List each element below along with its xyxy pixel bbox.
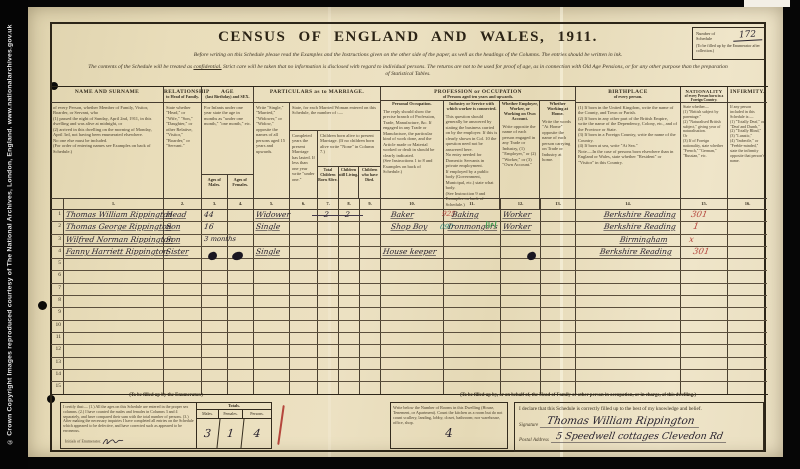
females-label: Females. (219, 410, 243, 419)
column-number: 16. (728, 199, 767, 209)
empty-cell (254, 345, 290, 356)
entry-marital: Widower (255, 210, 290, 219)
empty-cell (228, 296, 254, 307)
empty-cell (202, 308, 228, 319)
empty-cell (290, 284, 318, 295)
empty-cell (541, 271, 576, 282)
col-nationality-title: NATIONALITYof every Person born in a For… (681, 87, 727, 103)
empty-cell (290, 382, 318, 394)
age-subcolumns: Ages of Males. Ages of Females. (202, 174, 253, 198)
empty-cell (381, 271, 444, 282)
entry-occupation: House keeper (382, 247, 437, 256)
col-relationship-title: RELATIONSHIPto Head of Family. (164, 87, 201, 103)
declaration-box: I declare that this Schedule is correctl… (514, 402, 764, 452)
column-number: 12. (501, 199, 541, 209)
empty-cell (339, 284, 360, 295)
col-occupation-title: PROFESSION or OCCUPATIONof Persons aged … (381, 87, 575, 101)
empty-cell (541, 259, 576, 270)
empty-cell (339, 333, 360, 344)
empty-cell (339, 321, 360, 332)
empty-cell (339, 358, 360, 369)
column-number: 6. (290, 199, 318, 209)
row-number: 2 (51, 222, 64, 233)
empty-cell (202, 321, 228, 332)
empty-cell (254, 308, 290, 319)
empty-cell (360, 259, 381, 270)
label: of every person. (576, 95, 680, 100)
empty-cell (228, 308, 254, 319)
empty-cell (681, 296, 728, 307)
empty-cell (164, 345, 202, 356)
empty-cell (360, 296, 381, 307)
empty-cell (290, 271, 318, 282)
empty-cell (501, 296, 541, 307)
empty-cell (202, 284, 228, 295)
persons-label: Persons. (243, 410, 271, 419)
empty-cell (681, 284, 728, 295)
desc: Write the words "At Home" opposite the n… (540, 117, 575, 209)
empty-cell (164, 321, 202, 332)
empty-cell (541, 333, 576, 344)
col-name-desc: of every Person, whether Member of Famil… (51, 103, 163, 198)
empty-cell (318, 284, 339, 295)
col-marital-desc: Write "Single," "Married," "Widower," or… (254, 103, 290, 198)
empty-cell (64, 333, 164, 344)
empty-cell (501, 333, 541, 344)
empty-cell (290, 296, 318, 307)
empty-cell (228, 271, 254, 282)
schedule-number-note: (To be filled up by the Enumerator after… (696, 44, 762, 54)
empty-cell (254, 358, 290, 369)
empty-cell (254, 271, 290, 282)
column-number: 9. (360, 199, 381, 209)
tabulation-code-annotation: x (688, 235, 695, 245)
empty-cell (681, 259, 728, 270)
col-age-title: AGE(last Birthday) and SEX. (202, 87, 253, 103)
entry-age: 44 (203, 210, 214, 219)
empty-cell (381, 259, 444, 270)
entry-name: Thomas George Rippington (65, 222, 172, 231)
empty-cell (576, 333, 681, 344)
corner-cell (51, 199, 64, 209)
census-form-paper: CENSUS OF ENGLAND AND WALES, 1911. Befor… (28, 7, 783, 457)
empty-cell (202, 259, 228, 270)
empty-cell (164, 284, 202, 295)
empty-cell (728, 321, 767, 332)
empty-cell (681, 358, 728, 369)
empty-cell (228, 333, 254, 344)
desc: This question should generally be answer… (444, 112, 500, 209)
empty-cell (576, 308, 681, 319)
empty-cell (254, 333, 290, 344)
empty-cell (381, 358, 444, 369)
empty-cell (339, 370, 360, 381)
address-label: Postal Address (519, 438, 549, 443)
column-number: 1. (64, 199, 164, 209)
entry-status: Worker (502, 210, 531, 219)
empty-cell (360, 321, 381, 332)
label: Industry or Service with which worker is… (444, 101, 500, 112)
empty-cell (360, 345, 381, 356)
col-infirmity-desc: If any person included in this Schedule … (728, 103, 767, 198)
empty-cell (444, 358, 501, 369)
table-row: 10 (51, 321, 767, 333)
empty-cell (728, 296, 767, 307)
entry-occupation: Baker (390, 210, 414, 219)
column-number: 14. (576, 199, 681, 209)
empty-cell (290, 259, 318, 270)
table-row: 8 (51, 296, 767, 308)
entry-status: Worker (502, 222, 531, 231)
table-body: 1 Thomas William Rippington Head 44 Wido… (51, 210, 768, 394)
empty-cell (541, 345, 576, 356)
empty-cell (164, 271, 202, 282)
empty-cell (318, 333, 339, 344)
col-name: NAME AND SURNAME of every Person, whethe… (51, 87, 164, 198)
empty-cell (541, 321, 576, 332)
empty-cell (318, 345, 339, 356)
empty-cell (728, 284, 767, 295)
empty-cell (360, 370, 381, 381)
table-row: 3 Wilfred Norman Rippington Son 3 months… (51, 235, 767, 247)
enumerator-section-title: (To be filled up by the Enumerator.) (60, 393, 272, 398)
tabulation-code-annotation: 301 (690, 210, 708, 220)
instruction-text: The contents of the Schedule will be tre… (88, 64, 193, 70)
empty-cell (681, 308, 728, 319)
empty-cell (202, 345, 228, 356)
males-total: 3 (195, 419, 220, 448)
empty-cell (381, 333, 444, 344)
empty-cell (164, 296, 202, 307)
empty-cell (228, 259, 254, 270)
label: of every Person born in a Foreign Countr… (681, 94, 727, 102)
totals-table: Totals. Males. Females. Persons. 3 1 4 (197, 403, 271, 448)
empty-cell (318, 259, 339, 270)
entry-industry: Baking (451, 210, 479, 219)
empty-cell (501, 271, 541, 282)
column-number: 8. (339, 199, 360, 209)
col-infirmity-title: INFIRMITY. (728, 87, 767, 103)
table-row: 2 Thomas George Rippington Son 16 Single… (51, 222, 767, 234)
schedule-number-label: Number of Schedule (696, 31, 731, 41)
column-number: 10. (381, 199, 444, 209)
empty-cell (318, 296, 339, 307)
empty-cell (541, 308, 576, 319)
entry-name: Thomas William Rippington (65, 210, 173, 219)
row-number: 6 (51, 271, 64, 282)
empty-cell (728, 308, 767, 319)
empty-cell (444, 284, 501, 295)
empty-cell (290, 358, 318, 369)
col-industry: Industry or Service with which worker is… (444, 101, 501, 209)
row-number: 1 (51, 210, 64, 221)
col-employment-status: Whether Employer, Worker, or Working on … (500, 101, 540, 209)
empty-cell (444, 345, 501, 356)
row-number: 14 (51, 370, 64, 381)
table-row: 7 (51, 284, 767, 296)
column-number-strip: 1.2.3.4.5.6.7.8.9.10.11.12.13.14.15.16. (51, 199, 767, 210)
table-header: NAME AND SURNAME of every Person, whethe… (51, 87, 767, 199)
empty-cell (318, 308, 339, 319)
empty-cell (681, 271, 728, 282)
col-birthplace-desc: (1) If born in the United Kingdom, write… (576, 103, 680, 198)
entry-birthplace: Berkshire Reading (603, 222, 676, 231)
col-occupation-group: PROFESSION or OCCUPATIONof Persons aged … (381, 87, 576, 198)
empty-cell (576, 296, 681, 307)
table-row: 5 (51, 259, 767, 271)
empty-cell (290, 333, 318, 344)
col-infirmity: INFIRMITY. If any person included in thi… (728, 87, 767, 198)
empty-cell (360, 308, 381, 319)
empty-cell (576, 321, 681, 332)
scanned-census-page: © Crown Copyright Images reproduced cour… (0, 0, 800, 469)
empty-cell (381, 370, 444, 381)
empty-cell (444, 259, 501, 270)
empty-cell (360, 358, 381, 369)
empty-cell (228, 345, 254, 356)
empty-cell (576, 259, 681, 270)
row-number: 10 (51, 321, 64, 332)
column-number: 2. (164, 199, 202, 209)
empty-cell (164, 308, 202, 319)
column-number: 15. (681, 199, 728, 209)
entry-marital: Single (255, 247, 281, 256)
empty-cell (339, 259, 360, 270)
empty-cell (501, 321, 541, 332)
rooms-note: Write below the Number of Rooms in this … (393, 405, 505, 425)
tabulation-code-annotation: 301 (692, 247, 710, 257)
empty-cell (254, 259, 290, 270)
instruction-line-1: Before writing on this Schedule please r… (88, 52, 729, 59)
col-relationship: RELATIONSHIPto Head of Family. State whe… (164, 87, 202, 198)
empty-cell (64, 321, 164, 332)
empty-cell (501, 259, 541, 270)
empty-cell (576, 271, 681, 282)
label: (last Birthday) and SEX. (202, 95, 253, 100)
enumerator-box: I certify that:— (1.) All the ages on th… (60, 402, 272, 449)
confidential-underlined: confidential. (193, 64, 221, 70)
label: Initials of Enumerator. (65, 438, 101, 443)
col-children-born: Total Children Born Alive. (318, 167, 339, 198)
entry-relationship: Son (165, 222, 181, 231)
table-row: 13 (51, 358, 767, 370)
empty-cell (164, 333, 202, 344)
table-row: 14 (51, 370, 767, 382)
row-number: 8 (51, 296, 64, 307)
row-number: 9 (51, 308, 64, 319)
label: of Persons aged ten years and upwards. (381, 95, 575, 100)
empty-cell (444, 321, 501, 332)
empty-cell (381, 321, 444, 332)
empty-cell (444, 296, 501, 307)
empty-cell (318, 271, 339, 282)
empty-cell (576, 358, 681, 369)
empty-cell (64, 284, 164, 295)
empty-cell (64, 345, 164, 356)
census-form: CENSUS OF ENGLAND AND WALES, 1911. Befor… (50, 22, 766, 452)
column-number: 5. (254, 199, 290, 209)
empty-cell (254, 296, 290, 307)
empty-cell (681, 345, 728, 356)
col-working-at-home: Whether Working at Home. Write the words… (540, 101, 575, 209)
empty-cell (501, 284, 541, 295)
rooms-value: 4 (393, 426, 505, 440)
empty-cell (728, 333, 767, 344)
copyright-text: © Crown Copyright Images reproduced cour… (3, 0, 17, 469)
empty-cell (381, 284, 444, 295)
table-row: 4 Fanny Harriett Rippington Sister Singl… (51, 247, 767, 259)
empty-cell (381, 296, 444, 307)
form-title: CENSUS OF ENGLAND AND WALES, 1911. (52, 29, 764, 46)
schedule-number-value: 172 (733, 29, 763, 42)
initials-label: Initials of Enumerator. (65, 437, 124, 446)
empty-cell (228, 284, 254, 295)
empty-cell (228, 370, 254, 381)
empty-cell (339, 271, 360, 282)
entry-birthplace: Birmingham (619, 235, 668, 244)
certification-text: I certify that:— (1.) All the ages on th… (63, 404, 194, 433)
empty-cell (360, 333, 381, 344)
empty-cell (541, 358, 576, 369)
empty-cell (360, 271, 381, 282)
entry-birthplace: Berkshire Reading (599, 247, 672, 256)
empty-cell (254, 370, 290, 381)
head-of-family-banner: (To be filled up by, or on behalf of, th… (392, 393, 764, 398)
empty-cell (64, 358, 164, 369)
col-nationality-desc: State whether— (1) "British subject by p… (681, 103, 727, 198)
males-label: Males. (197, 410, 219, 419)
empty-cell (381, 345, 444, 356)
empty-cell (64, 259, 164, 270)
entry-relationship: Head (165, 210, 187, 219)
entry-birthplace: Berkshire Reading (603, 210, 676, 219)
col-years-married-desc: Completed years the present Marriage has… (290, 131, 318, 198)
empty-cell (444, 308, 501, 319)
row-number: 4 (51, 247, 64, 258)
empty-cell (576, 345, 681, 356)
table-row: 11 (51, 333, 767, 345)
empty-cell (164, 259, 202, 270)
green-scribble-annotation (484, 220, 498, 230)
label: Whether Employer, Worker, or Working on … (500, 101, 539, 122)
empty-cell (360, 284, 381, 295)
empty-cell (576, 370, 681, 381)
empty-cell (381, 308, 444, 319)
empty-cell (164, 358, 202, 369)
column-number: 7. (318, 199, 339, 209)
empty-cell (728, 271, 767, 282)
empty-cell (541, 296, 576, 307)
declaration-text: I declare that this Schedule is correctl… (519, 406, 759, 412)
empty-cell (202, 333, 228, 344)
empty-cell (541, 284, 576, 295)
red-check-mark (277, 405, 285, 445)
empty-cell (290, 345, 318, 356)
instruction-line-2: The contents of the Schedule will be tre… (88, 64, 729, 78)
empty-cell (318, 382, 339, 394)
column-number: 4. (228, 199, 254, 209)
signature-label: Signature (519, 423, 538, 428)
empty-cell (254, 321, 290, 332)
empty-cell (576, 284, 681, 295)
entry-occupation: Shop Boy (390, 222, 428, 231)
col-nationality: NATIONALITYof every Person born in a For… (681, 87, 728, 198)
empty-cell (444, 333, 501, 344)
empty-cell (681, 370, 728, 381)
address-value: 5 Speedwell cottages Clevedon Rd (551, 431, 728, 443)
column-number: 11. (444, 199, 501, 209)
empty-cell (64, 370, 164, 381)
row-number: 13 (51, 358, 64, 369)
enumerator-certification: I certify that:— (1.) All the ages on th… (61, 403, 197, 448)
col-birthplace-title: BIRTHPLACEof every person. (576, 87, 680, 103)
empty-cell (728, 358, 767, 369)
col-age-desc: For Infants under one year state the age… (202, 103, 253, 174)
census-table: NAME AND SURNAME of every Person, whethe… (51, 86, 768, 395)
empty-cell (728, 259, 767, 270)
females-total: 1 (217, 419, 244, 448)
empty-cell (202, 271, 228, 282)
column-number: 3. (202, 199, 228, 209)
totals-label: Totals. (197, 403, 271, 410)
empty-cell (228, 321, 254, 332)
empty-cell (64, 296, 164, 307)
children-header: Children born alive to present Marriage.… (318, 131, 380, 167)
empty-cell (64, 271, 164, 282)
empty-cell (681, 321, 728, 332)
empty-cell (339, 308, 360, 319)
entry-name: Wilfred Norman Rippington (65, 235, 173, 244)
empty-cell (728, 370, 767, 381)
empty-cell (164, 370, 202, 381)
entry-children-born: 2 (323, 210, 329, 219)
empty-cell (501, 370, 541, 381)
label: Whether Working at Home. (540, 101, 575, 117)
row-number: 7 (51, 284, 64, 295)
col-marriage-title: PARTICULARS as to MARRIAGE. (254, 87, 380, 103)
copyright-strip: © Crown Copyright Images reproduced cour… (0, 0, 28, 469)
row-number: 12 (51, 345, 64, 356)
empty-cell (501, 345, 541, 356)
empty-cell (202, 296, 228, 307)
signature-value: Thomas William Rippington (540, 415, 702, 428)
empty-cell (339, 296, 360, 307)
empty-cell (728, 345, 767, 356)
empty-cell (501, 358, 541, 369)
row-number: 5 (51, 259, 64, 270)
punch-hole (38, 301, 47, 310)
col-relationship-desc: State whether "Head," or "Wife," "Son," … (164, 103, 201, 198)
persons-total: 4 (241, 419, 272, 448)
entry-marital: Single (255, 222, 281, 231)
empty-cell (541, 370, 576, 381)
empty-cell (254, 284, 290, 295)
empty-cell (681, 333, 728, 344)
empty-cell (444, 271, 501, 282)
row-number: 11 (51, 333, 64, 344)
column-number: 13. (541, 199, 576, 209)
empty-cell (64, 308, 164, 319)
label: NATIONALITY (686, 89, 723, 94)
empty-cell (339, 382, 360, 394)
scan-edge-sliver (744, 0, 790, 7)
table-row: 1 Thomas William Rippington Head 44 Wido… (51, 210, 767, 222)
entry-relationship: Sister (165, 247, 189, 256)
col-marriage: PARTICULARS as to MARRIAGE. Write "Singl… (254, 87, 381, 198)
entry-name: Fanny Harriett Rippington (65, 247, 168, 256)
empty-cell (290, 321, 318, 332)
empty-cell (228, 358, 254, 369)
